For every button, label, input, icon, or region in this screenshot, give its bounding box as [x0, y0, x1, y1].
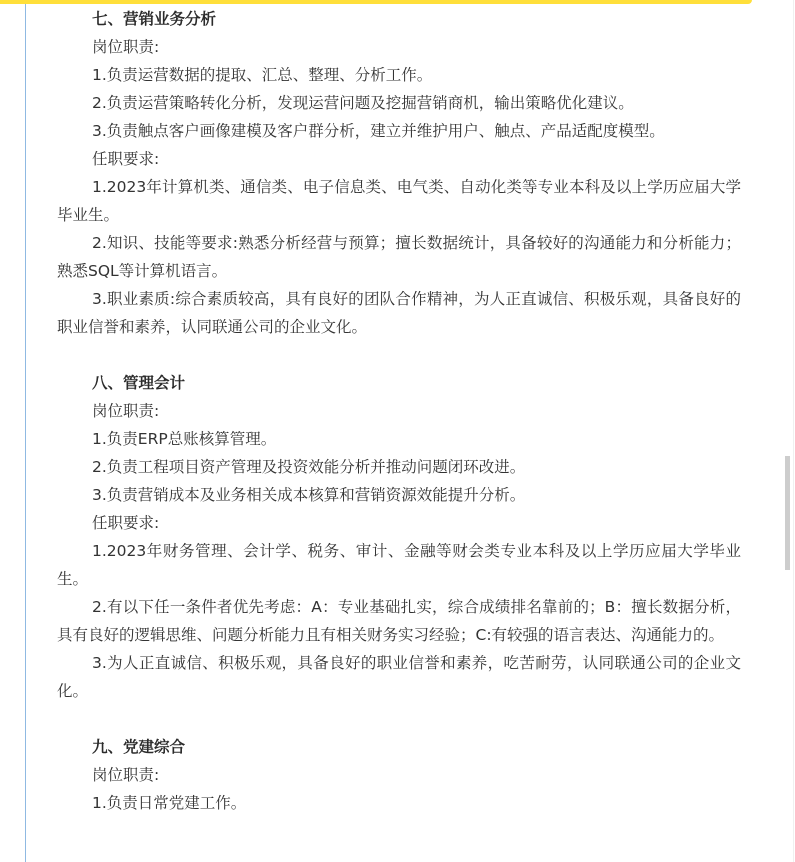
article-body: 七、营销业务分析 岗位职责: 1.负责运营数据的提取、汇总、整理、分析工作。 2… — [57, 5, 741, 817]
duty-item: 3.负责触点客户画像建模及客户群分析，建立并维护用户、触点、产品适配度模型。 — [57, 117, 741, 145]
duty-item: 2.负责运营策略转化分析，发现运营问题及挖掘营销商机，输出策略优化建议。 — [57, 89, 741, 117]
requirement-item: 3.职业素质:综合素质较高，具有良好的团队合作精神，为人正直诚信、积极乐观，具备… — [57, 285, 741, 341]
left-quote-rule — [25, 4, 26, 862]
section-marketing-analysis: 七、营销业务分析 岗位职责: 1.负责运营数据的提取、汇总、整理、分析工作。 2… — [57, 5, 741, 341]
duties-label: 岗位职责: — [57, 761, 741, 789]
requirements-label: 任职要求: — [57, 509, 741, 537]
duty-item: 1.负责ERP总账核算管理。 — [57, 425, 741, 453]
requirement-item: 1.2023年财务管理、会计学、税务、审计、金融等财会类专业本科及以上学历应届大… — [57, 537, 741, 593]
duty-item: 2.负责工程项目资产管理及投资效能分析并推动问题闭环改进。 — [57, 453, 741, 481]
requirements-label: 任职要求: — [57, 145, 741, 173]
section-management-accounting: 八、管理会计 岗位职责: 1.负责ERP总账核算管理。 2.负责工程项目资产管理… — [57, 369, 741, 705]
requirement-item: 1.2023年计算机类、通信类、电子信息类、电气类、自动化类等专业本科及以上学历… — [57, 173, 741, 229]
section-title: 八、管理会计 — [57, 369, 741, 397]
duties-label: 岗位职责: — [57, 397, 741, 425]
top-accent-bar — [0, 0, 752, 4]
section-spacer — [57, 341, 741, 369]
section-party-building: 九、党建综合 岗位职责: 1.负责日常党建工作。 — [57, 733, 741, 817]
scrollbar-thumb[interactable] — [785, 456, 790, 570]
section-title: 七、营销业务分析 — [57, 5, 741, 33]
duty-item: 1.负责日常党建工作。 — [57, 789, 741, 817]
duties-label: 岗位职责: — [57, 33, 741, 61]
section-spacer — [57, 705, 741, 733]
requirement-item: 3.为人正直诚信、积极乐观，具备良好的职业信誉和素养，吃苦耐劳，认同联通公司的企… — [57, 649, 741, 705]
duty-item: 3.负责营销成本及业务相关成本核算和营销资源效能提升分析。 — [57, 481, 741, 509]
duty-item: 1.负责运营数据的提取、汇总、整理、分析工作。 — [57, 61, 741, 89]
scrollbar-track[interactable] — [793, 0, 794, 862]
requirement-item: 2.有以下任一条件者优先考虑：A：专业基础扎实，综合成绩排名靠前的；B：擅长数据… — [57, 593, 741, 649]
requirement-item: 2.知识、技能等要求:熟悉分析经营与预算；擅长数据统计，具备较好的沟通能力和分析… — [57, 229, 741, 285]
section-title: 九、党建综合 — [57, 733, 741, 761]
